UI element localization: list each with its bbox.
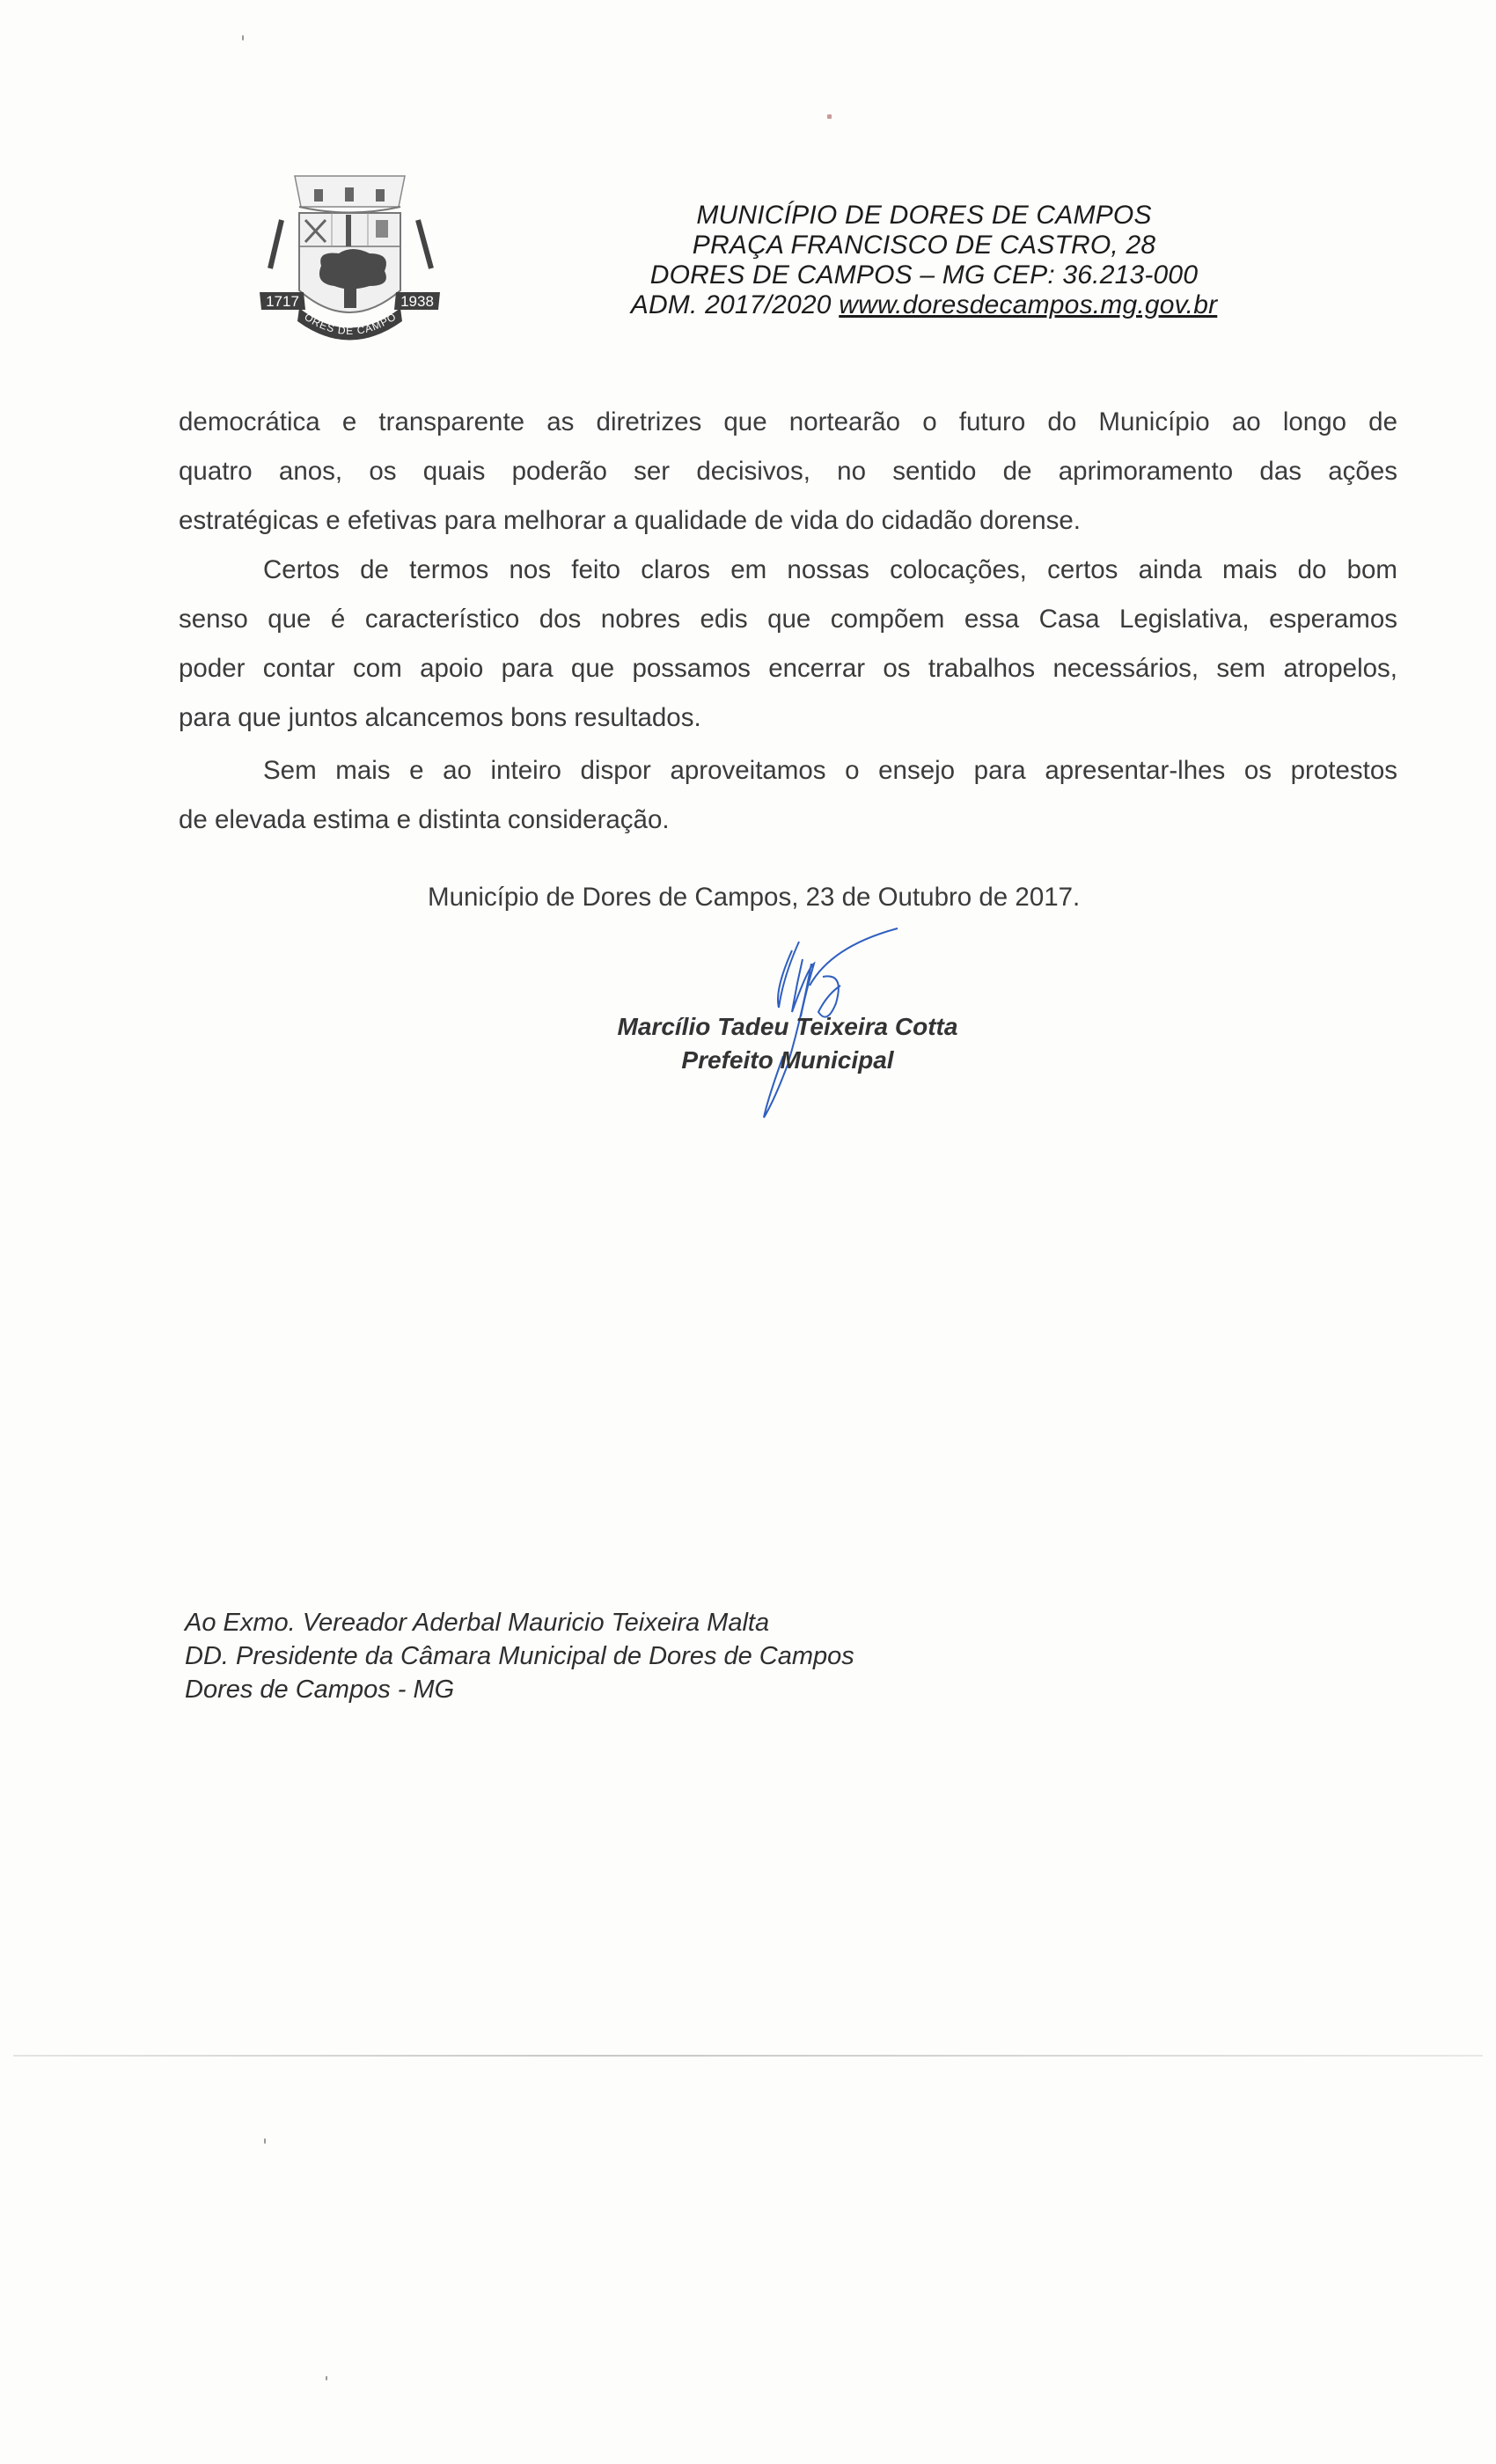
paragraph-3: Sem mais e ao inteiro dispor aproveitamo… bbox=[179, 746, 1397, 845]
signatory-title: Prefeito Municipal bbox=[581, 1044, 994, 1077]
body-line: estratégicas e efetivas para melhorar a … bbox=[179, 496, 1397, 546]
recipient-block: Ao Exmo. Vereador Aderbal Mauricio Teixe… bbox=[185, 1606, 854, 1706]
admin-period: ADM. 2017/2020 bbox=[631, 290, 832, 319]
body-line: Certos de termos nos feito claros em nos… bbox=[179, 546, 1397, 595]
letterhead-line-address: PRAÇA FRANCISCO DE CASTRO, 28 bbox=[528, 231, 1320, 260]
recipient-line: Dores de Campos - MG bbox=[185, 1673, 854, 1706]
dateline: Município de Dores de Campos, 23 de Outu… bbox=[428, 883, 1080, 913]
signature-block: Marcílio Tadeu Teixeira Cotta Prefeito M… bbox=[581, 1010, 994, 1077]
paragraph-1: democrática e transparente as diretrizes… bbox=[179, 398, 1397, 546]
scan-speck bbox=[264, 2138, 266, 2144]
body-line: para que juntos alcancemos bons resultad… bbox=[179, 693, 1397, 743]
scan-speck bbox=[827, 114, 832, 119]
municipal-crest-icon: 1717 1938 DORES DE CAMPOS bbox=[251, 158, 449, 343]
scan-speck bbox=[242, 35, 244, 40]
recipient-line: DD. Presidente da Câmara Municipal de Do… bbox=[185, 1639, 854, 1673]
body-line: poder contar com apoio para que possamos… bbox=[179, 644, 1397, 693]
paragraph-2: Certos de termos nos feito claros em nos… bbox=[179, 546, 1397, 743]
letterhead-line-city-cep: DORES DE CAMPOS – MG CEP: 36.213-000 bbox=[528, 260, 1320, 290]
body-line: senso que é característico dos nobres ed… bbox=[179, 595, 1397, 644]
svg-text:1717: 1717 bbox=[266, 293, 299, 310]
letterhead-line-admin: ADM. 2017/2020 www.doresdecampos.mg.gov.… bbox=[528, 290, 1320, 320]
recipient-line: Ao Exmo. Vereador Aderbal Mauricio Teixe… bbox=[185, 1606, 854, 1639]
body-line: quatro anos, os quais poderão ser decisi… bbox=[179, 447, 1397, 496]
body-line: de elevada estima e distinta consideraçã… bbox=[179, 796, 1397, 845]
website-link[interactable]: www.doresdecampos.mg.gov.br bbox=[839, 290, 1217, 319]
letterhead: MUNICÍPIO DE DORES DE CAMPOS PRAÇA FRANC… bbox=[528, 201, 1320, 320]
body-line: democrática e transparente as diretrizes… bbox=[179, 398, 1397, 447]
body-line: Sem mais e ao inteiro dispor aproveitamo… bbox=[179, 746, 1397, 796]
letterhead-line-municipality: MUNICÍPIO DE DORES DE CAMPOS bbox=[528, 201, 1320, 231]
scan-artifact-line bbox=[13, 2055, 1483, 2057]
letter-body: democrática e transparente as diretrizes… bbox=[179, 398, 1397, 845]
scan-speck bbox=[326, 2376, 327, 2380]
svg-text:1938: 1938 bbox=[400, 293, 434, 310]
signatory-name: Marcílio Tadeu Teixeira Cotta bbox=[581, 1010, 994, 1044]
